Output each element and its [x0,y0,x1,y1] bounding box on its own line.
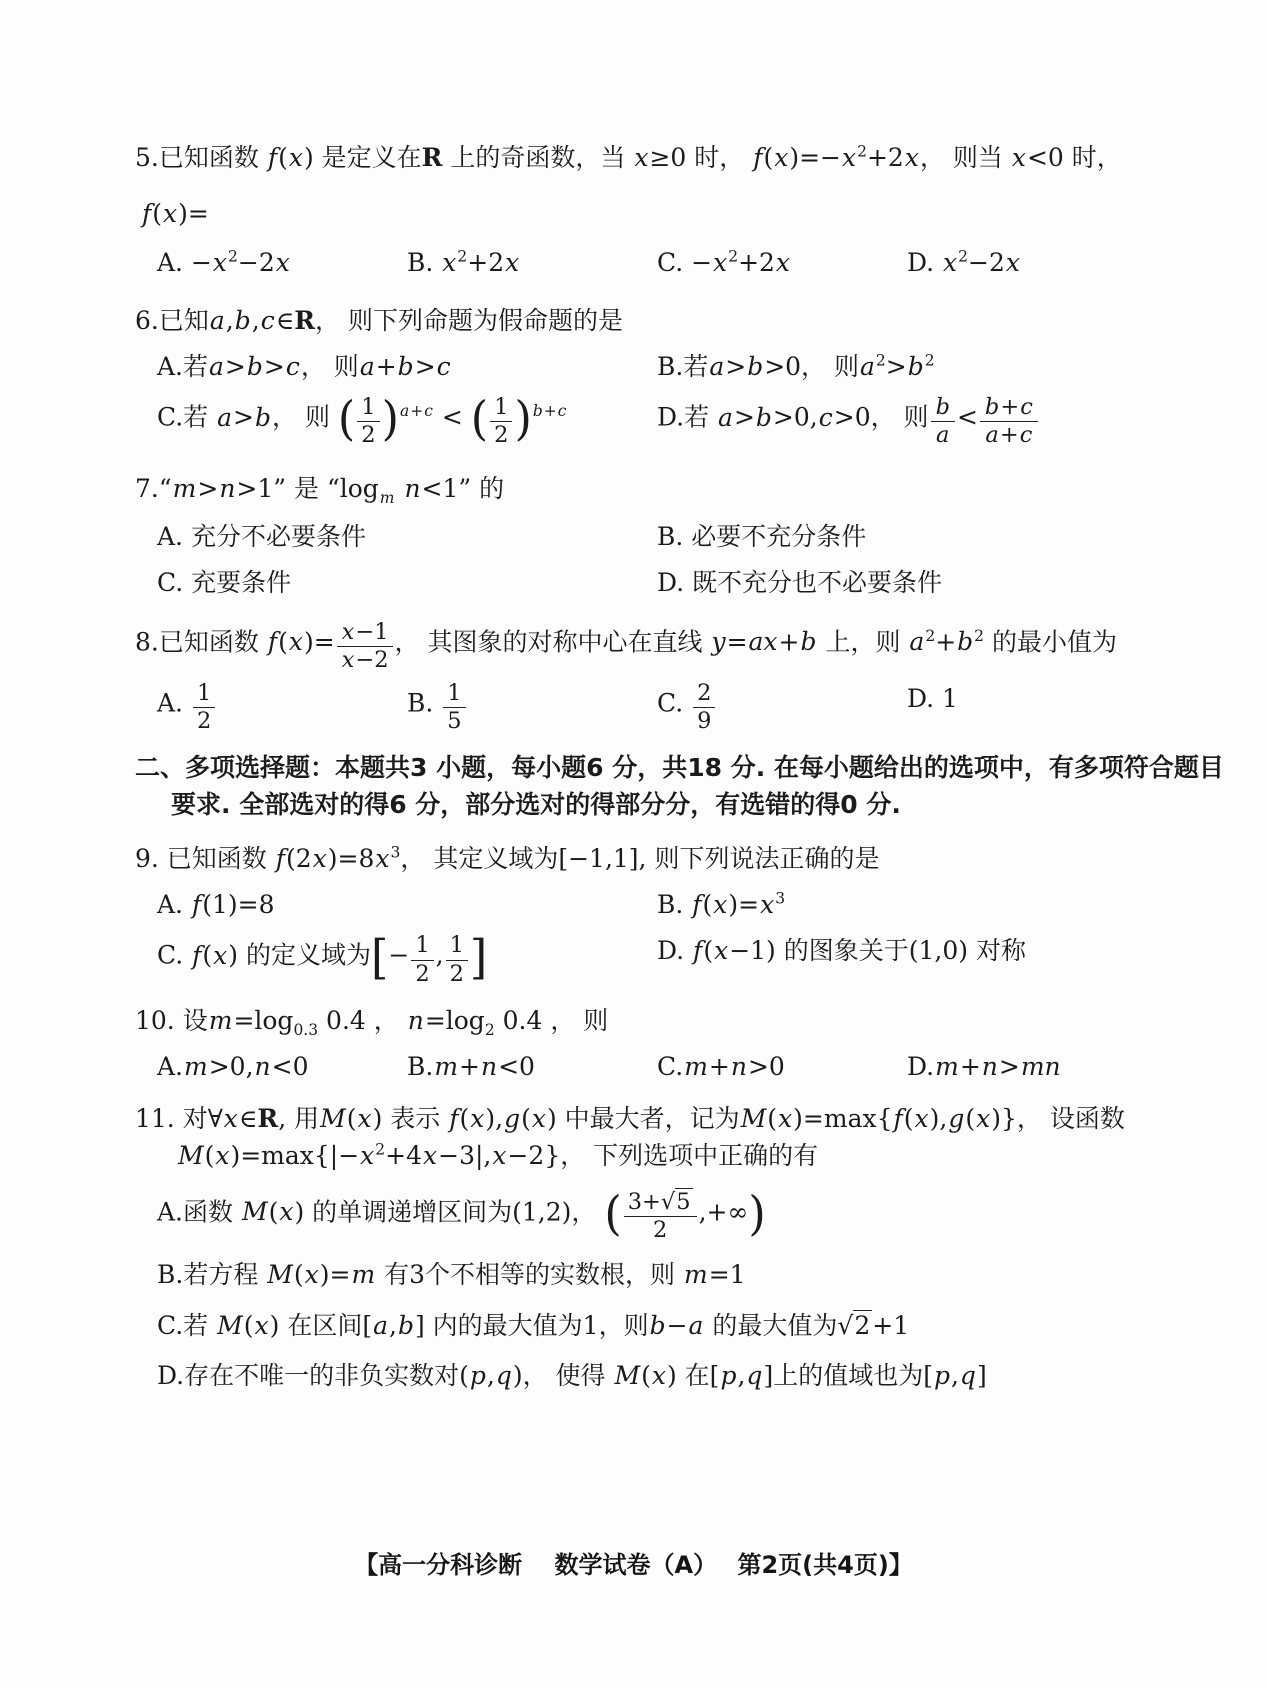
question-11-option-b: B.若方程 M(x)=m 有3个不相等的实数根，则 m=1 [135,1257,1157,1293]
question-10: 10. 设m=log0.3 0.4 ， n=log2 0.4 ， 则 A.m>0… [135,1003,1157,1086]
question-5-stem-continued: f(x)= [135,196,1157,232]
question-7-options-row1: A. 充分不必要条件 B. 必要不充分条件 [135,519,1157,555]
question-6-option-d: D.若 a>b>0,c>0， 则ba<b+ca+c [657,395,1157,448]
question-9-options-row2: C. f(x) 的定义域为[−12,12] D. f(x−1) 的图象关于(1,… [135,933,1157,986]
exam-page: 5.已知函数 f(x) 是定义在R 上的奇函数，当 x≥0 时， f(x)=−x… [0,0,1267,1687]
question-11: 11. 对∀x∈R, 用M(x) 表示 f(x),g(x) 中最大者，记为M(x… [135,1101,1157,1394]
question-7-option-c: C. 充要条件 [157,565,657,601]
question-8-stem: 8.已知函数 f(x)=x−1x−2， 其图象的对称中心在直线 y=ax+b 上… [135,620,1157,673]
question-7-options-row2: C. 充要条件 D. 既不充分也不必要条件 [135,565,1157,601]
question-6-option-c: C.若 a>b， 则 (12)a+c < (12)b+c [157,395,657,448]
question-9-option-c: C. f(x) 的定义域为[−12,12] [157,933,657,986]
question-10-options: A.m>0,n<0 B.m+n<0 C.m+n>0 D.m+n>mn [135,1049,1157,1085]
question-11-stem-continued: M(x)=max{|−x2+4x−3|,x−2}， 下列选项中正确的有 [135,1138,1157,1174]
section-2-heading-line1: 二、多项选择题：本题共3 小题，每小题6 分，共18 分. 在每小题给出的选项中… [135,750,1157,786]
question-6-options-row2: C.若 a>b， 则 (12)a+c < (12)b+c D.若 a>b>0,c… [135,395,1157,448]
question-5-option-a: A. −x2−2x [157,245,407,281]
question-5-option-d: D. x2−2x [907,245,1157,281]
question-6-options-row1: A.若a>b>c， 则a+b>c B.若a>b>0， 则a2>b2 [135,349,1157,385]
question-10-option-a: A.m>0,n<0 [157,1049,407,1085]
question-8-options: A. 12 B. 15 C. 29 D. 1 [135,681,1157,734]
question-7-stem: 7.“m>n>1” 是 “logm n<1” 的 [135,471,1157,509]
question-10-option-d: D.m+n>mn [907,1049,1157,1085]
question-8-option-a: A. 12 [157,681,407,734]
question-11-option-c: C.若 M(x) 在区间[a,b] 内的最大值为1，则b−a 的最大值为√2+1 [135,1308,1157,1344]
question-7-option-a: A. 充分不必要条件 [157,519,657,555]
question-8: 8.已知函数 f(x)=x−1x−2， 其图象的对称中心在直线 y=ax+b 上… [135,620,1157,735]
question-6-option-b: B.若a>b>0， 则a2>b2 [657,349,1157,385]
question-6: 6.已知a,b,c∈R， 则下列命题为假命题的是 A.若a>b>c， 则a+b>… [135,303,1157,449]
question-8-option-d: D. 1 [907,681,1157,734]
section-2-heading: 二、多项选择题：本题共3 小题，每小题6 分，共18 分. 在每小题给出的选项中… [135,750,1157,823]
question-5-option-b: B. x2+2x [407,245,657,281]
question-11-stem: 11. 对∀x∈R, 用M(x) 表示 f(x),g(x) 中最大者，记为M(x… [135,1101,1157,1137]
question-10-option-b: B.m+n<0 [407,1049,657,1085]
question-7-option-b: B. 必要不充分条件 [657,519,1157,555]
question-10-option-c: C.m+n>0 [657,1049,907,1085]
question-9-option-a: A. f(1)=8 [157,887,657,923]
question-6-option-a: A.若a>b>c， 则a+b>c [157,349,657,385]
question-10-stem: 10. 设m=log0.3 0.4 ， n=log2 0.4 ， 则 [135,1003,1157,1041]
question-5-options: A. −x2−2x B. x2+2x C. −x2+2x D. x2−2x [135,245,1157,281]
question-9-stem: 9. 已知函数 f(2x)=8x3， 其定义域为[−1,1], 则下列说法正确的… [135,841,1157,877]
question-6-stem: 6.已知a,b,c∈R， 则下列命题为假命题的是 [135,303,1157,339]
question-9: 9. 已知函数 f(2x)=8x3， 其定义域为[−1,1], 则下列说法正确的… [135,841,1157,987]
question-11-option-d: D.存在不唯一的非负实数对(p,q)， 使得 M(x) 在[p,q]上的值域也为… [135,1358,1157,1394]
question-7: 7.“m>n>1” 是 “logm n<1” 的 A. 充分不必要条件 B. 必… [135,471,1157,602]
question-5-option-c: C. −x2+2x [657,245,907,281]
page-footer: 【高一分科诊断 数学试卷（A） 第2页(共4页)】 [0,1548,1267,1583]
question-7-option-d: D. 既不充分也不必要条件 [657,565,1157,601]
question-5-stem: 5.已知函数 f(x) 是定义在R 上的奇函数，当 x≥0 时， f(x)=−x… [135,140,1157,176]
question-5: 5.已知函数 f(x) 是定义在R 上的奇函数，当 x≥0 时， f(x)=−x… [135,140,1157,281]
section-2-heading-line2: 要求. 全部选对的得6 分，部分选对的得部分分，有选错的得0 分. [135,787,1157,823]
question-11-option-a: A.函数 M(x) 的单调递增区间为(1,2)， (3+√52,+∞) [135,1190,1157,1243]
question-8-option-b: B. 15 [407,681,657,734]
question-9-option-d: D. f(x−1) 的图象关于(1,0) 对称 [657,933,1157,986]
question-9-option-b: B. f(x)=x3 [657,887,1157,923]
question-8-option-c: C. 29 [657,681,907,734]
question-9-options-row1: A. f(1)=8 B. f(x)=x3 [135,887,1157,923]
